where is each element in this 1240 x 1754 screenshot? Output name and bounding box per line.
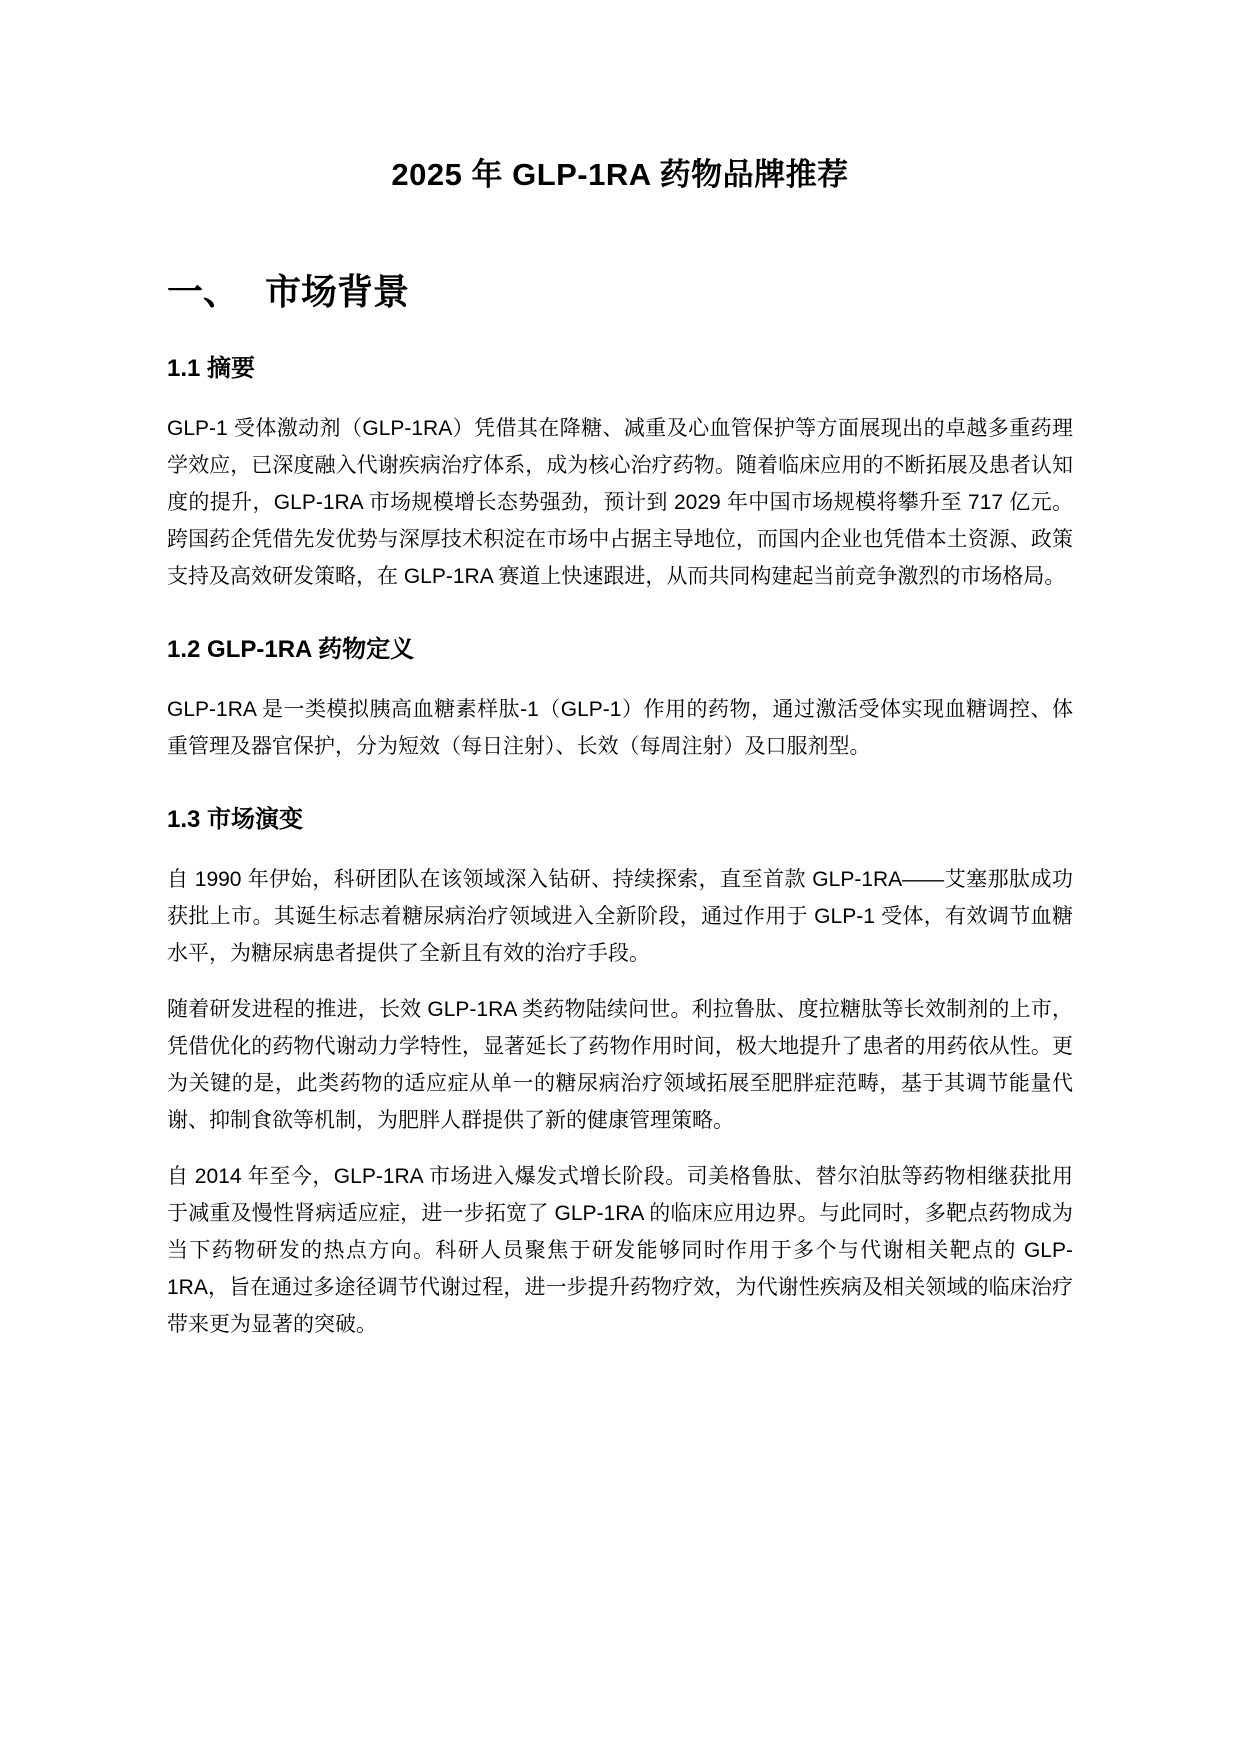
paragraph-evolution-3: 自 2014 年至今，GLP-1RA 市场进入爆发式增长阶段。司美格鲁肽、替尔泊…	[167, 1158, 1073, 1343]
paragraph-definition: GLP-1RA 是一类模拟胰高血糖素样肽-1（GLP-1）作用的药物，通过激活受…	[167, 691, 1073, 765]
section-1-heading: 一、市场背景	[167, 270, 1073, 314]
paragraph-evolution-2: 随着研发进程的推进，长效 GLP-1RA 类药物陆续问世。利拉鲁肽、度拉糖肽等长…	[167, 991, 1073, 1139]
section-1-title: 市场背景	[265, 271, 409, 312]
subsection-1-2-heading: 1.2 GLP-1RA 药物定义	[167, 635, 1073, 665]
subsection-1-1-heading: 1.1 摘要	[167, 354, 1073, 384]
subsection-1-3-heading: 1.3 市场演变	[167, 805, 1073, 835]
section-1-number: 一、	[167, 270, 239, 314]
paragraph-evolution-1: 自 1990 年伊始，科研团队在该领域深入钻研、持续探索，直至首款 GLP-1R…	[167, 861, 1073, 972]
document-page: 2025 年 GLP-1RA 药物品牌推荐 一、市场背景 1.1 摘要 GLP-…	[0, 0, 1240, 1754]
document-title: 2025 年 GLP-1RA 药物品牌推荐	[167, 0, 1073, 194]
paragraph-summary: GLP-1 受体激动剂（GLP-1RA）凭借其在降糖、减重及心血管保护等方面展现…	[167, 410, 1073, 595]
